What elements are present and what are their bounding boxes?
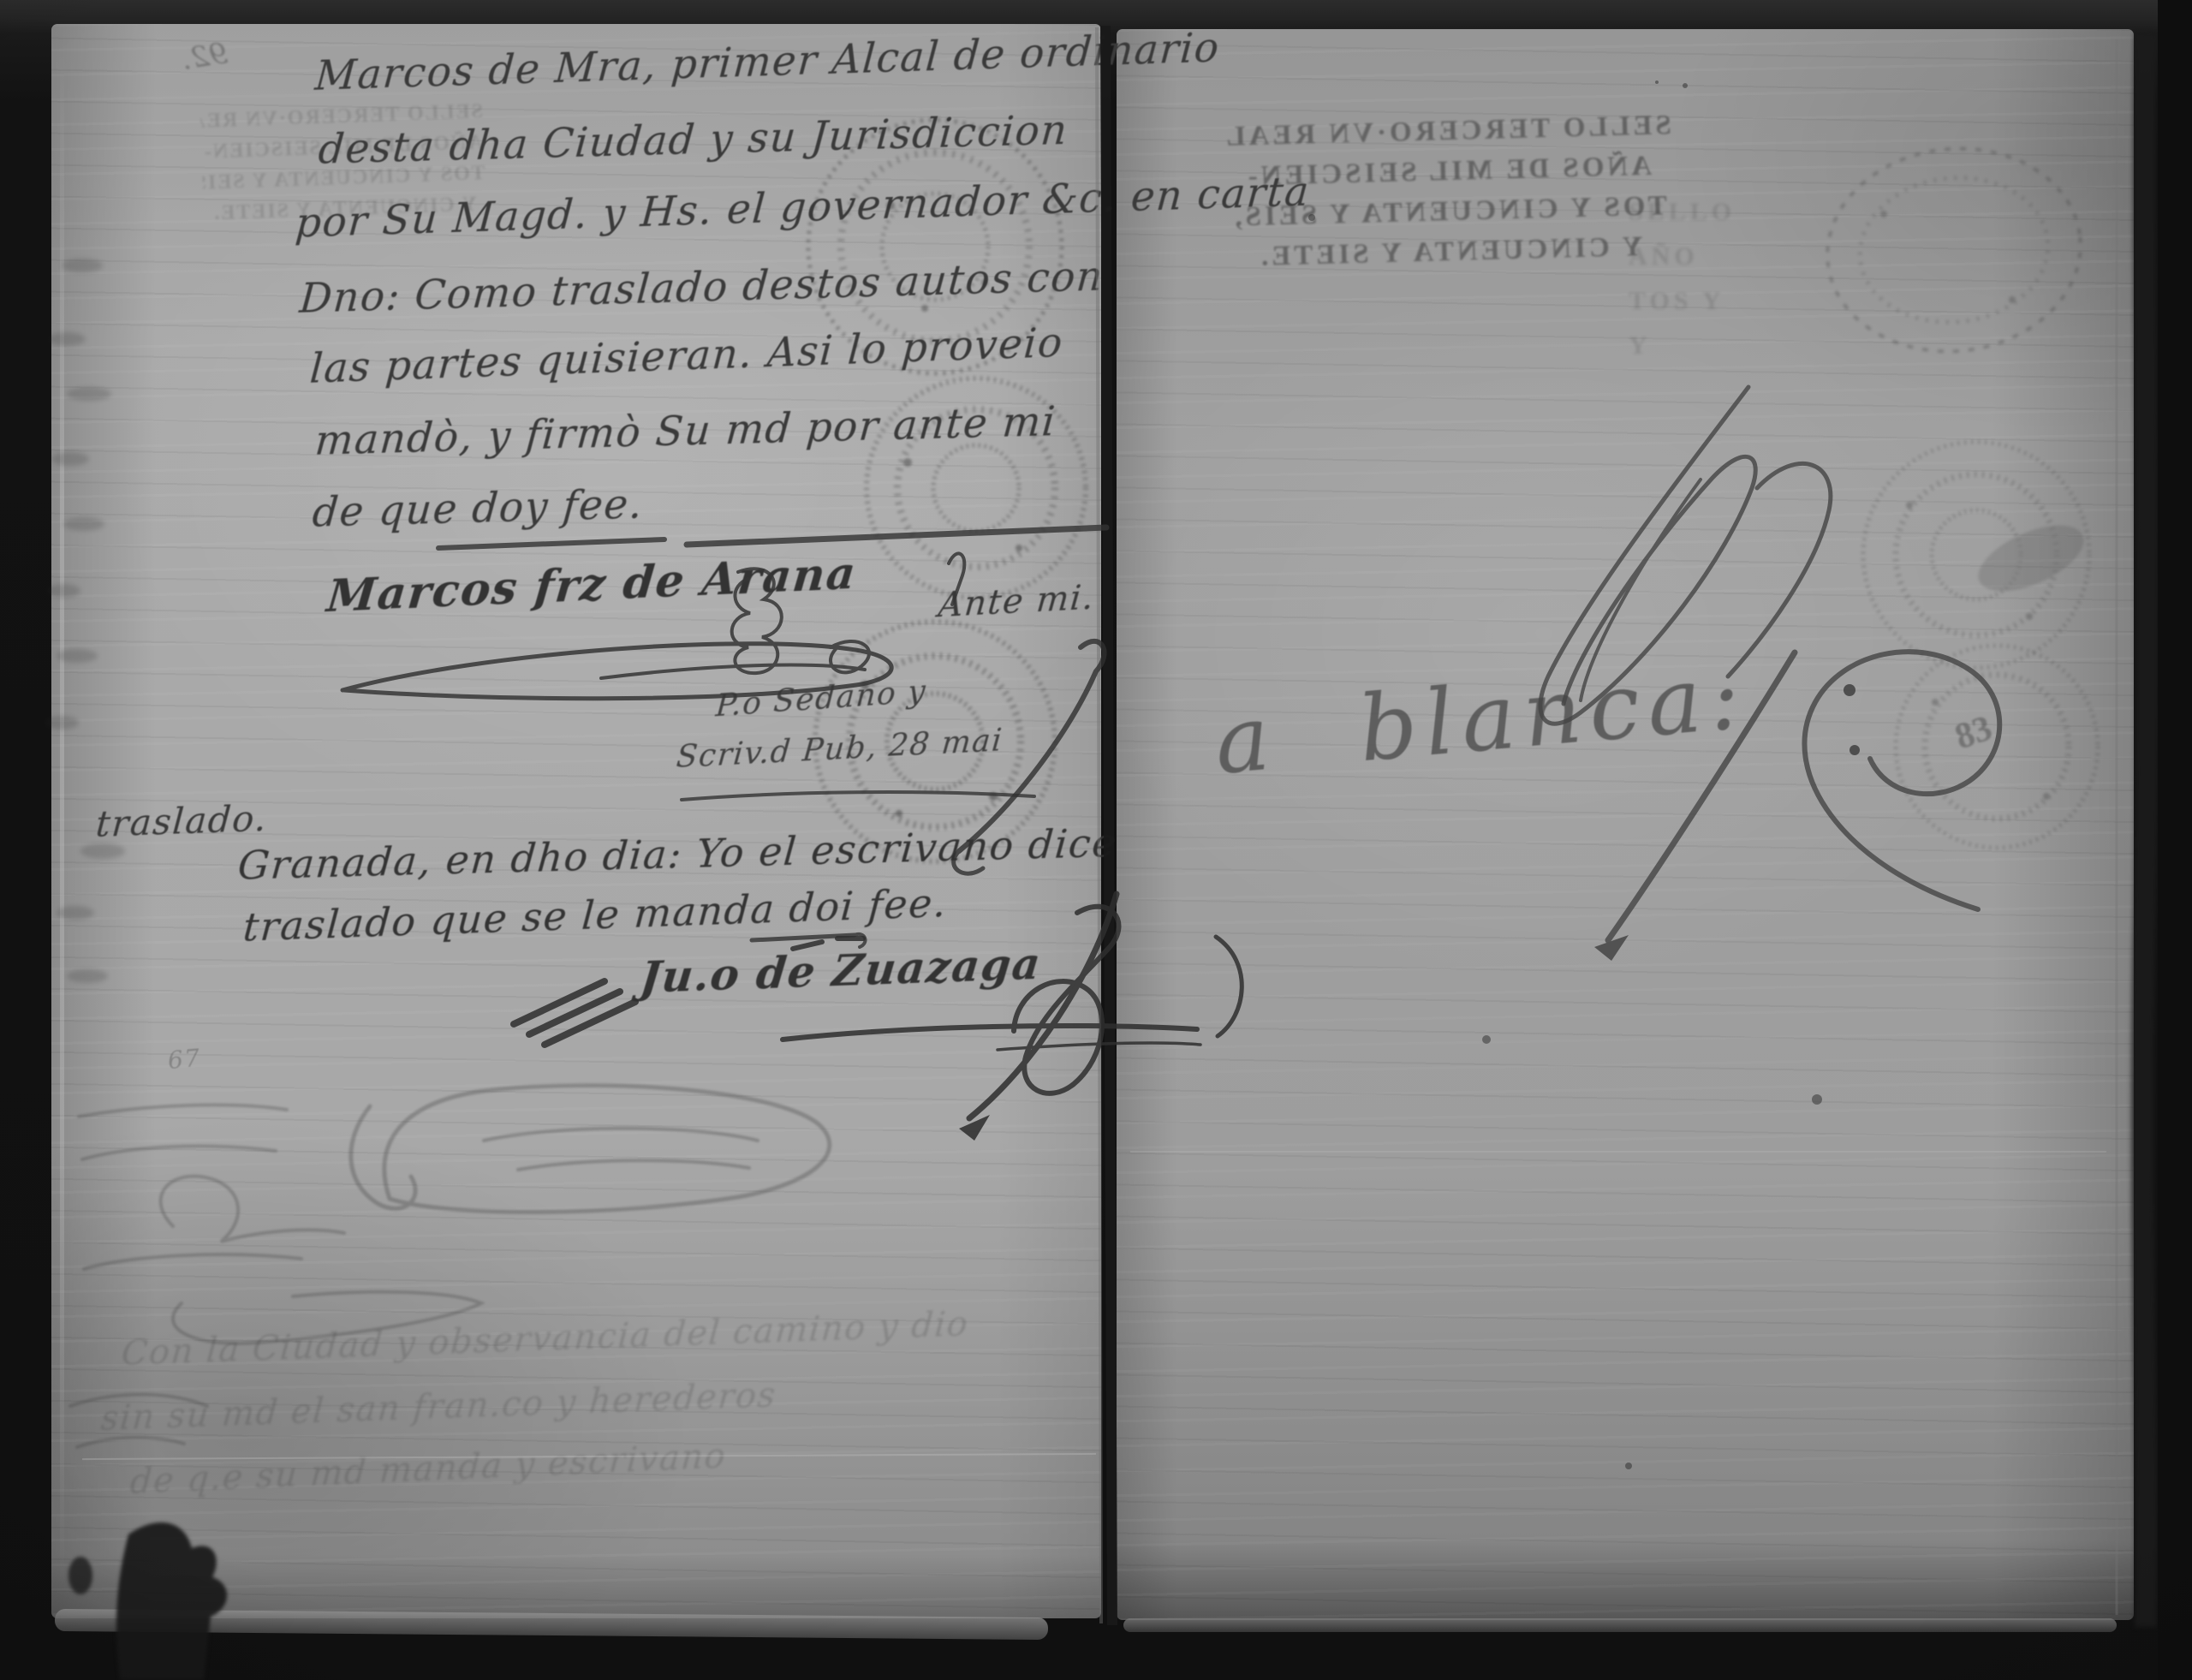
bottom-page-edges-right: [1123, 1618, 2117, 1632]
sello-fragment: TOS Y: [1629, 279, 1851, 324]
sello-fragment: AÑO: [1629, 235, 1851, 279]
film-scratch: [1130, 1151, 2106, 1153]
page-edge-highlight: [60, 51, 64, 1584]
body-line-7: de que doy fee.: [311, 481, 646, 537]
ante-mi-note: Ante mi.: [937, 577, 1096, 625]
margin-note-traslado: traslado.: [94, 797, 269, 845]
sello-heading-faint: SELLO AÑO TOS Y Y: [1629, 190, 1851, 368]
folio-number: 92.: [179, 36, 230, 77]
sello-fragment: Y: [1629, 324, 1851, 368]
margin-digits: 67: [167, 1044, 202, 1075]
sello-fragment: SELLO: [1629, 190, 1851, 235]
archival-photograph: { "folio_number": "92.", "left_page": { …: [0, 0, 2192, 1680]
